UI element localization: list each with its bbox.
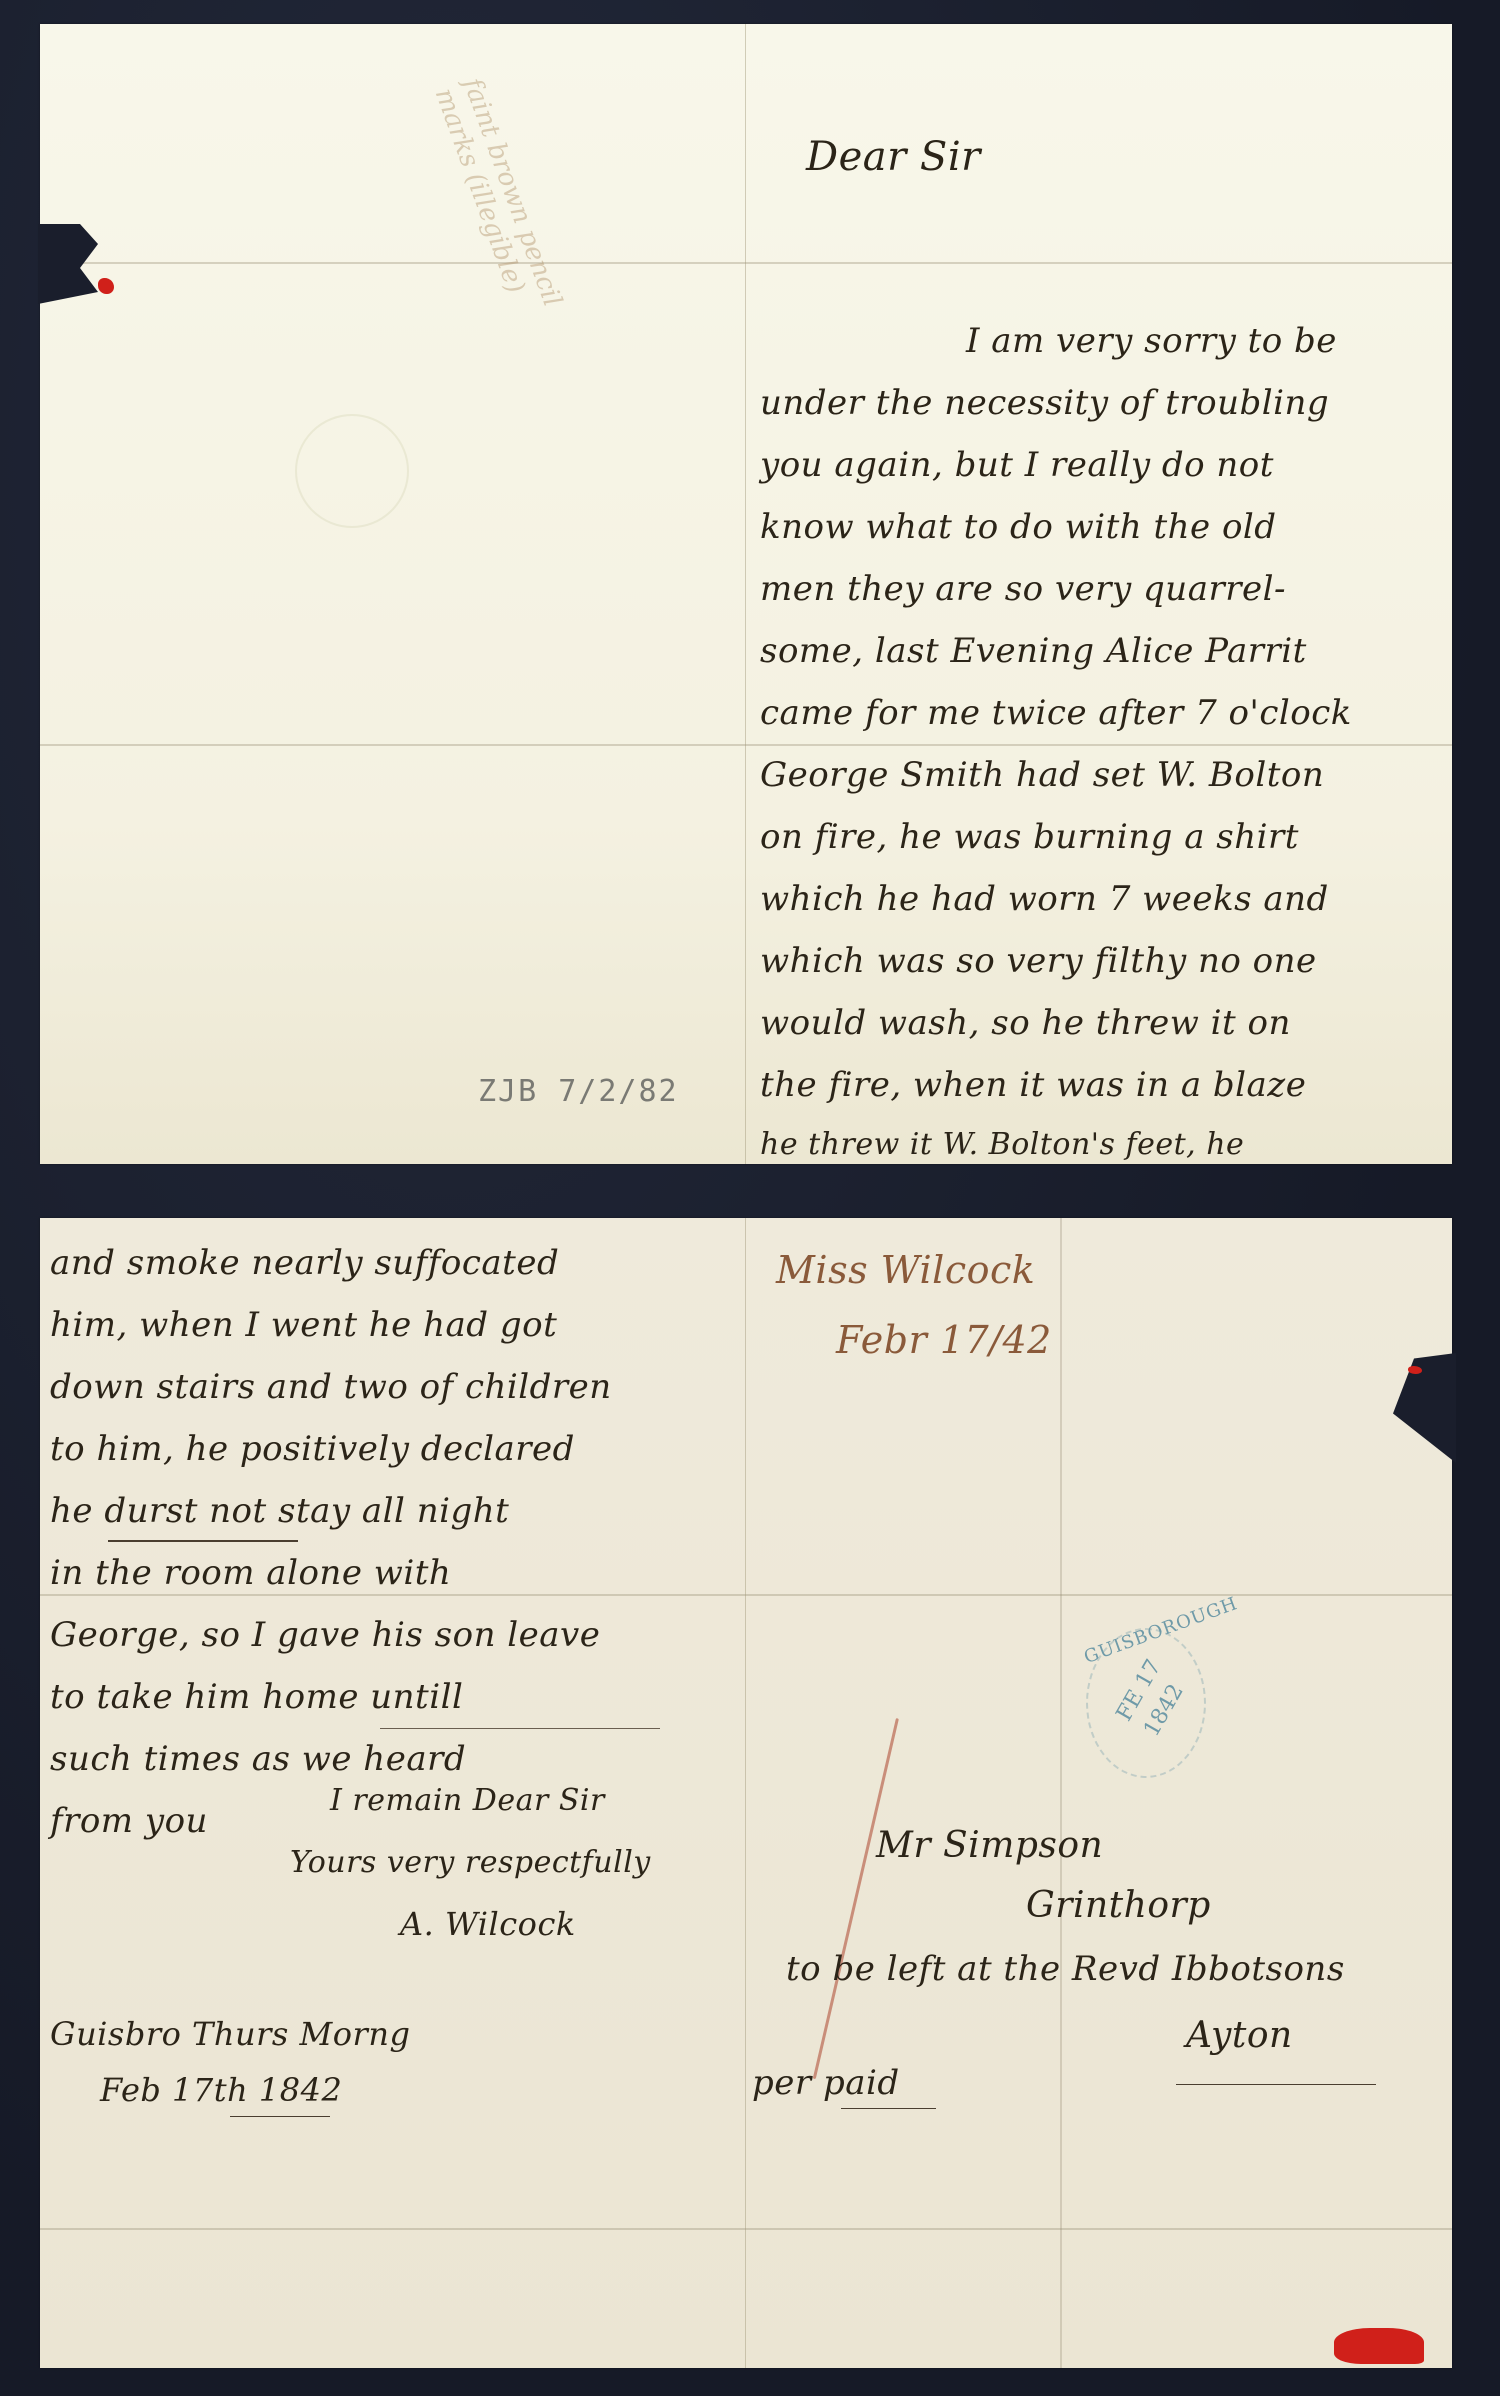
closing-line: Yours very respectfully xyxy=(290,1848,651,1878)
letter-line: in the room alone with xyxy=(50,1556,451,1590)
signature: A. Wilcock xyxy=(400,1908,576,1940)
place-line: Guisbro Thurs Morng xyxy=(50,2018,410,2050)
docket-name: Miss Wilcock xyxy=(776,1248,1035,1292)
letter-line: you again, but I really do not xyxy=(760,448,1274,482)
underline-durst-not xyxy=(108,1540,298,1542)
address-line: Grinthorp xyxy=(1026,1888,1211,1924)
letter-line: to take him home untill xyxy=(50,1680,463,1714)
letter-line: such times as we heard xyxy=(50,1742,466,1776)
postmark: GUISBOROUGH FE 17 1842 xyxy=(1086,1628,1206,1778)
postage-underline xyxy=(841,2108,936,2109)
letter-line: which was so very filthy no one xyxy=(760,944,1317,978)
red-wax-seal-fragment xyxy=(1334,2328,1424,2364)
letter-line: and smoke nearly suffocated xyxy=(50,1246,559,1280)
address-line: Ayton xyxy=(1186,2018,1293,2054)
letter-line: the fire, when it was in a blaze xyxy=(760,1068,1306,1102)
date-line: Feb 17th 1842 xyxy=(100,2074,342,2106)
docket-date: Febr 17/42 xyxy=(836,1318,1052,1362)
letter-line: he durst not stay all night xyxy=(50,1494,509,1528)
letter-line: from you xyxy=(50,1804,208,1838)
bottom-left-page: and smoke nearly suffocated him, when I … xyxy=(40,1218,746,2368)
letter-sheet-bottom: and smoke nearly suffocated him, when I … xyxy=(40,1218,1452,2368)
letter-line: which he had worn 7 weeks and xyxy=(760,882,1329,916)
red-crayon-charge-mark xyxy=(813,1718,899,2079)
red-wax-seal-fragment xyxy=(98,278,114,294)
torn-edge xyxy=(38,224,98,304)
address-line: Mr Simpson xyxy=(876,1828,1103,1864)
closing-line: I remain Dear Sir xyxy=(330,1786,605,1816)
letter-line: to him, he positively declared xyxy=(50,1432,575,1466)
archive-reference: ZJB 7/2/82 xyxy=(478,1074,679,1109)
red-wax-seal-fragment xyxy=(1408,1366,1422,1374)
top-right-page: Dear Sir I am very sorry to be under the… xyxy=(746,24,1452,1164)
letter-line: some, last Evening Alice Parrit xyxy=(760,634,1307,668)
letter-line: know what to do with the old xyxy=(760,510,1277,544)
bottom-right-page: Miss Wilcock Febr 17/42 GUISBOROUGH FE 1… xyxy=(746,1218,1452,2368)
letter-line: men they are so very quarrel- xyxy=(760,572,1286,606)
letter-line: I am very sorry to be xyxy=(966,324,1337,358)
salutation: Dear Sir xyxy=(806,134,981,180)
letter-line: he threw it W. Bolton's feet, he xyxy=(760,1130,1244,1160)
letter-line: would wash, so he threw it on xyxy=(760,1006,1291,1040)
address-line: to be left at the Revd Ibbotsons xyxy=(786,1952,1345,1986)
top-left-page: faint brown pencil marks (illegible) ZJB… xyxy=(40,24,746,1164)
faint-stamp-impression xyxy=(295,414,409,528)
date-underline xyxy=(230,2116,330,2117)
postage-note: per paid xyxy=(752,2066,900,2100)
letter-line: George, so I gave his son leave xyxy=(50,1618,600,1652)
letter-sheet-top: faint brown pencil marks (illegible) ZJB… xyxy=(40,24,1452,1164)
faint-pencil-notes: faint brown pencil marks (illegible) xyxy=(429,74,574,339)
address-underline xyxy=(1176,2084,1376,2085)
letter-line: down stairs and two of children xyxy=(50,1370,612,1404)
letter-line: George Smith had set W. Bolton xyxy=(760,758,1324,792)
letter-line: on fire, he was burning a shirt xyxy=(760,820,1299,854)
letter-line: under the necessity of troubling xyxy=(760,386,1329,420)
letter-line: him, when I went he had got xyxy=(50,1308,557,1342)
letter-line: came for me twice after 7 o'clock xyxy=(760,696,1352,730)
dash-line xyxy=(380,1728,660,1729)
